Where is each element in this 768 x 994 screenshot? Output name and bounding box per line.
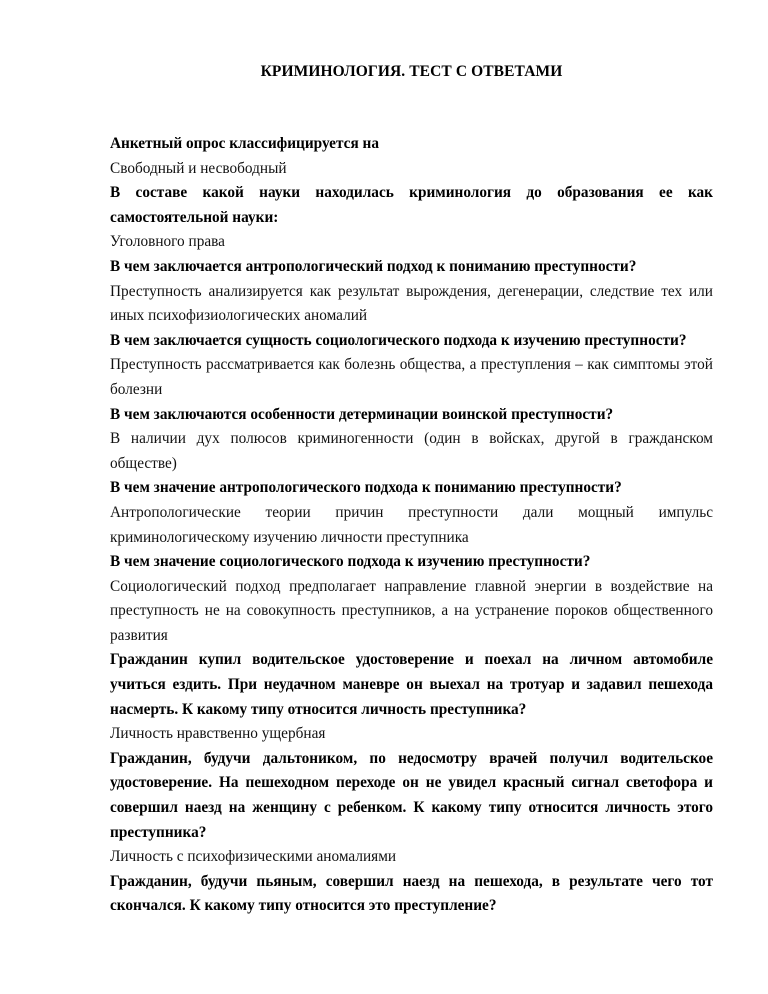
answer-text: Преступность рассматривается как болезнь… (110, 353, 713, 402)
qa-item: Гражданин, будучи дальтоником, по недосм… (110, 747, 713, 870)
question-text: В чем заключается антропологический подх… (110, 255, 713, 280)
question-text: В чем значение социологического подхода … (110, 550, 713, 575)
qa-item: В составе какой науки находилась кримино… (110, 181, 713, 255)
qa-item: В чем заключается антропологический подх… (110, 255, 713, 329)
question-text: В чем заключаются особенности детерминац… (110, 403, 713, 428)
qa-item: В чем значение социологического подхода … (110, 550, 713, 648)
question-text: В составе какой науки находилась кримино… (110, 181, 713, 230)
question-text: Анкетный опрос классифицируется на (110, 132, 713, 157)
qa-item: Гражданин, будучи пьяным, совершил наезд… (110, 870, 713, 919)
answer-text: Уголовного права (110, 230, 713, 255)
answer-text: В наличии дух полюсов криминогенности (о… (110, 427, 713, 476)
qa-item: В чем заключаются особенности детерминац… (110, 403, 713, 477)
qa-item: В чем значение антропологического подход… (110, 476, 713, 550)
answer-text: Антропологические теории причин преступн… (110, 501, 713, 550)
qa-item: Гражданин купил водительское удостоверен… (110, 648, 713, 746)
answer-text: Социологический подход предполагает напр… (110, 575, 713, 649)
document-page: КРИМИНОЛОГИЯ. ТЕСТ С ОТВЕТАМИ Анкетный о… (110, 60, 713, 919)
answer-text: Личность нравственно ущербная (110, 722, 713, 747)
answer-text: Свободный и несвободный (110, 157, 713, 182)
question-text: Гражданин, будучи дальтоником, по недосм… (110, 747, 713, 845)
qa-list: Анкетный опрос классифицируется на Свобо… (110, 132, 713, 919)
question-text: В чем значение антропологического подход… (110, 476, 713, 501)
qa-item: В чем заключается сущность социологическ… (110, 329, 713, 403)
qa-item: Анкетный опрос классифицируется на Свобо… (110, 132, 713, 181)
question-text: В чем заключается сущность социологическ… (110, 329, 713, 354)
question-text: Гражданин купил водительское удостоверен… (110, 648, 713, 722)
answer-text: Личность с психофизическими аномалиями (110, 845, 713, 870)
document-title: КРИМИНОЛОГИЯ. ТЕСТ С ОТВЕТАМИ (110, 60, 713, 84)
question-text: Гражданин, будучи пьяным, совершил наезд… (110, 870, 713, 919)
answer-text: Преступность анализируется как результат… (110, 280, 713, 329)
